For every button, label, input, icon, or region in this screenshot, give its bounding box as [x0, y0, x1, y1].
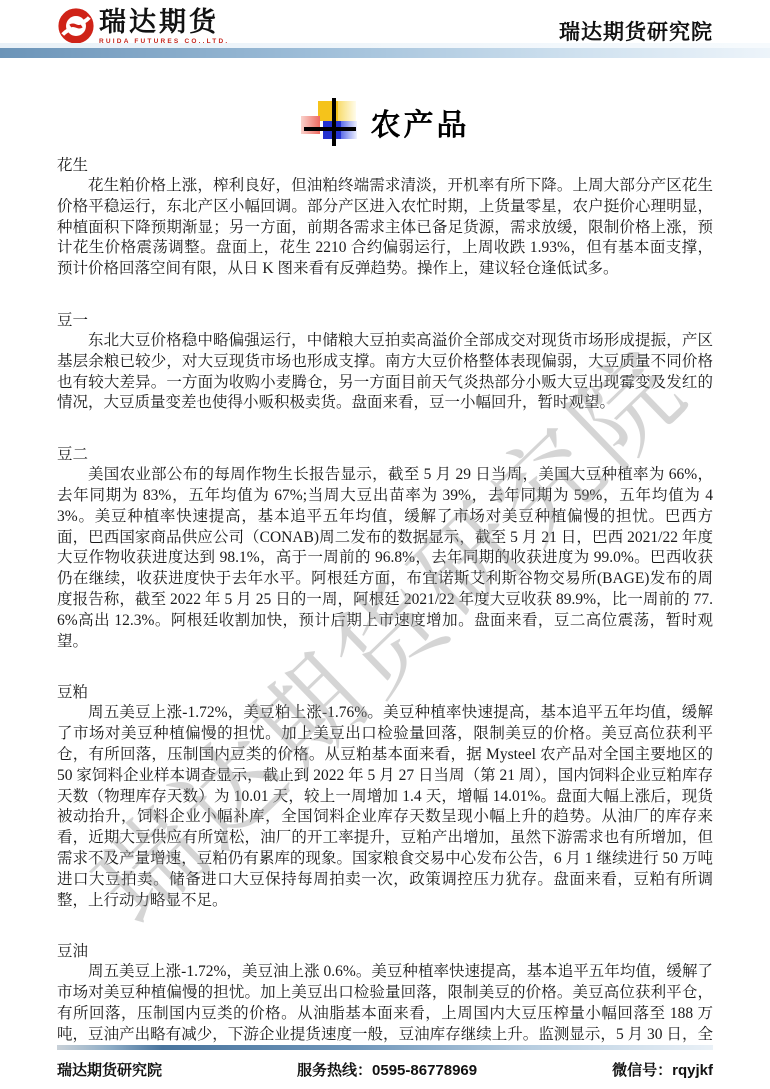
section-soybean-meal: 豆粕 周五美豆上涨-1.72%，美豆粕上涨-1.76%。美豆种植率快速提高，基本…	[57, 682, 713, 911]
report-page: 瑞达期货 RUIDA FUTURES CO.,LTD. 瑞达期货研究院 农产品 …	[0, 0, 770, 1089]
header-bar-gradient	[0, 48, 770, 58]
icon-square-pink	[301, 116, 320, 134]
section-title: 豆二	[57, 444, 713, 465]
footer-divider-bar	[57, 1045, 713, 1050]
section-body: 东北大豆价格稳中略偏强运行，中储粮大豆拍卖高溢价全部成交对现货市场形成提振，产区…	[57, 331, 713, 414]
institute-title: 瑞达期货研究院	[559, 16, 713, 46]
icon-square-yellow-fade	[338, 101, 356, 121]
logo-company-name: 瑞达期货	[99, 9, 229, 36]
footer-institute: 瑞达期货研究院	[57, 1059, 162, 1080]
service-hotline: 服务热线：0595-86778969	[297, 1059, 477, 1080]
section-body: 周五美豆上涨-1.72%，美豆粕上涨-1.76%。美豆种植率快速提高，基本追平五…	[57, 703, 713, 911]
section-body: 花生粕价格上涨，榨利良好，但油粕终端需求清淡，开机率有所下降。上周大部分产区花生…	[57, 176, 713, 280]
wechat-id-label: 微信号：	[612, 1062, 672, 1079]
section-body: 周五美豆上涨-1.72%，美豆油上涨 0.6%。美豆种植率快速提高，基本追平五年…	[57, 962, 713, 1045]
logo-text-block: 瑞达期货 RUIDA FUTURES CO.,LTD.	[99, 7, 229, 46]
page-title: 农产品	[371, 100, 470, 144]
service-hotline-number: 0595-86778969	[372, 1062, 477, 1079]
icon-cross-horizontal	[304, 127, 356, 131]
report-body: 花生 花生粕价格上涨，榨利良好，但油粕终端需求清淡，开机率有所下降。上周大部分产…	[57, 155, 713, 1045]
section-soybean-oil: 豆油 周五美豆上涨-1.72%，美豆油上涨 0.6%。美豆种植率快速提高，基本追…	[57, 941, 713, 1045]
wechat-id-value: rqyjkf	[672, 1062, 713, 1079]
page-footer: 瑞达期货研究院 服务热线：0595-86778969 微信号：rqyjkf	[0, 1043, 770, 1089]
section-heading: 农产品	[0, 96, 770, 148]
company-logo: 瑞达期货 RUIDA FUTURES CO.,LTD.	[57, 7, 229, 46]
colored-squares-cross-icon	[301, 98, 359, 146]
section-body: 美国农业部公布的每周作物生长报告显示，截至 5 月 29 日当周，美国大豆种植率…	[57, 465, 713, 652]
header-divider-bar	[0, 43, 770, 58]
section-soybean-no1: 豆一 东北大豆价格稳中略偏强运行，中储粮大豆拍卖高溢价全部成交对现货市场形成提振…	[57, 310, 713, 414]
service-hotline-label: 服务热线：	[297, 1062, 372, 1079]
page-header: 瑞达期货 RUIDA FUTURES CO.,LTD. 瑞达期货研究院	[0, 0, 770, 58]
section-title: 豆油	[57, 941, 713, 962]
section-title: 豆一	[57, 310, 713, 331]
ruida-logo-icon	[57, 7, 95, 45]
icon-cross-vertical	[332, 98, 336, 146]
section-peanut: 花生 花生粕价格上涨，榨利良好，但油粕终端需求清淡，开机率有所下降。上周大部分产…	[57, 155, 713, 280]
wechat-id: 微信号：rqyjkf	[612, 1059, 713, 1080]
footer-row: 瑞达期货研究院 服务热线：0595-86778969 微信号：rqyjkf	[57, 1059, 713, 1080]
section-title: 花生	[57, 155, 713, 176]
section-title: 豆粕	[57, 682, 713, 703]
section-soybean-no2: 豆二 美国农业部公布的每周作物生长报告显示，截至 5 月 29 日当周，美国大豆…	[57, 444, 713, 652]
